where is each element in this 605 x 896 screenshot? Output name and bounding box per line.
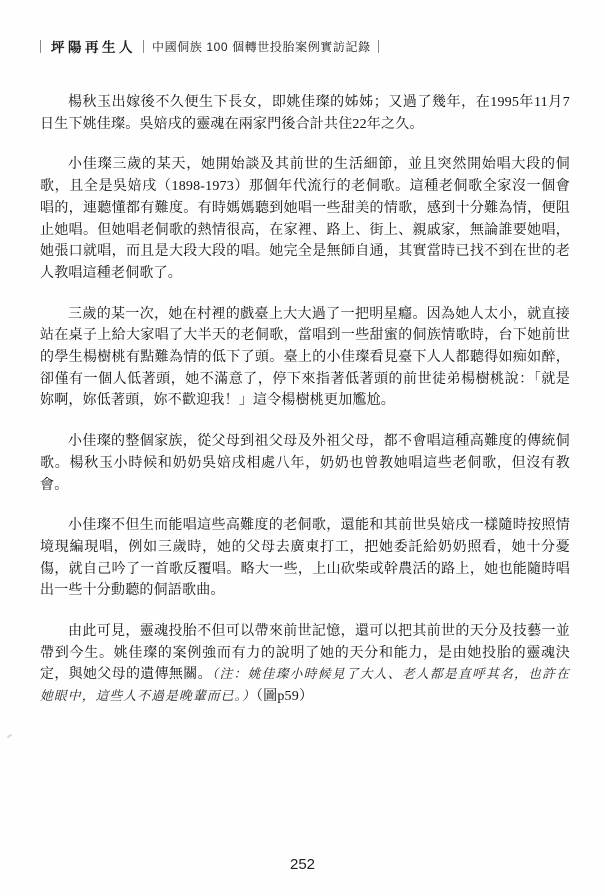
figure-reference: （圖p59） — [256, 689, 313, 704]
paragraph-5: 小佳璨不但生而能唱這些高難度的老侗歌，還能和其前世吳婄戌一樣隨時按照情境現編現唱… — [40, 515, 570, 602]
paragraph-3: 三歲的某一次，她在村裡的戲臺上大大過了一把明星癮。因為她人太小，就直接站在桌子上… — [40, 304, 570, 413]
book-subtitle: 中國侗族 100 個轉世投胎案例實訪記錄 — [152, 38, 371, 55]
paragraph-1: 楊秋玉出嫁後不久便生下長女，即姚佳璨的姊姊；又過了幾年，在1995年11月7日生… — [40, 92, 570, 135]
running-head: 坪陽再生人 中國侗族 100 個轉世投胎案例實訪記錄 — [40, 36, 379, 56]
scan-artifact — [7, 734, 12, 739]
header-divider — [378, 40, 379, 53]
header-divider — [143, 40, 144, 53]
paragraph-2: 小佳璨三歲的某天，她開始談及其前世的生活細節，並且突然開始唱大段的侗歌，且全是吳… — [40, 154, 570, 284]
book-title: 坪陽再生人 — [51, 36, 136, 56]
paragraph-4: 小佳璨的整個家族，從父母到祖父母及外祖父母，都不會唱這種高難度的傳統侗歌。楊秋玉… — [40, 431, 570, 496]
book-page: 坪陽再生人 中國侗族 100 個轉世投胎案例實訪記錄 楊秋玉出嫁後不久便生下長女… — [0, 0, 605, 896]
page-number: 252 — [0, 856, 605, 873]
paragraph-6: 由此可見，靈魂投胎不但可以帶來前世記憶，還可以把其前世的天分及技藝一並帶到今生。… — [40, 621, 570, 708]
body-text: 楊秋玉出嫁後不久便生下長女，即姚佳璨的姊姊；又過了幾年，在1995年11月7日生… — [40, 92, 570, 727]
header-divider — [40, 40, 41, 53]
